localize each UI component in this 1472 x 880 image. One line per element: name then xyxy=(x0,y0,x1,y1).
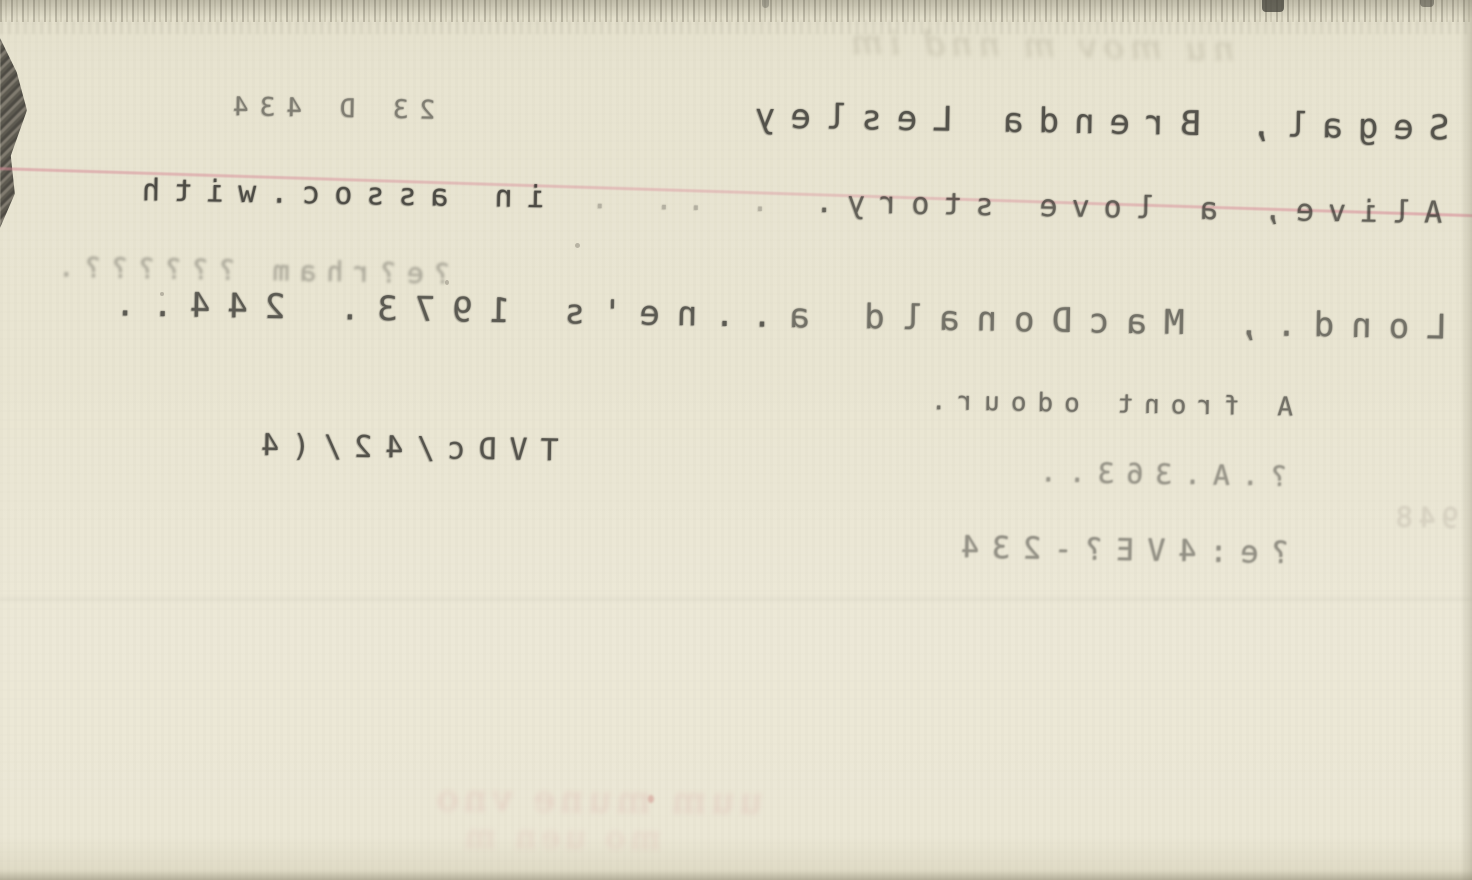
title-gap-text: . .. . xyxy=(544,180,801,219)
title-line-mirror: Alive, a love story. . .. . in assoc.wit… xyxy=(128,173,1443,231)
title-line: Alive, a love story. . .. . in assoc.wit… xyxy=(128,173,1443,231)
edge-mark xyxy=(1420,0,1434,7)
note-line: A front odour. xyxy=(920,386,1294,423)
paper-crease xyxy=(0,597,1472,601)
edge-fragment-text: 948 xyxy=(1390,500,1459,534)
heading-number-line: 23 D 434 xyxy=(222,92,436,126)
scanner-corner-artifact xyxy=(0,38,27,228)
scanner-top-edge-artifact xyxy=(0,0,1472,22)
pink-scribble-2-text: mo uen m xyxy=(460,817,661,857)
shelfmark-line: TVDc/42/(4 xyxy=(248,428,559,468)
edge-fragment-line: 948 xyxy=(1390,500,1459,534)
imprint-line: Lond., MacDonald a..ne's 1973. 244.. xyxy=(98,284,1447,348)
heading-name-line: Segal, Brenda Lesley xyxy=(740,96,1450,148)
catalog-card-verso: nu mov m nnd im 23 D 434 Segal, Brenda L… xyxy=(0,0,1472,880)
pencil-marks: nu mov m nnd im xyxy=(845,23,1235,70)
shelfmark-text: TVDc/42/(4 xyxy=(248,428,559,468)
credit-text: in assoc.with xyxy=(128,173,545,215)
heading-name-text: Segal, Brenda Lesley xyxy=(740,96,1450,148)
ink-speck xyxy=(575,243,580,248)
classmark-text: ?.A.363.. xyxy=(1028,455,1288,493)
right-edge-shade xyxy=(1460,0,1472,880)
imprint-year-pages-text: ..ne's 1973. 244.. xyxy=(98,284,773,336)
imprint-publisher-text: Lond., MacDonald a xyxy=(772,296,1447,348)
ink-speck xyxy=(160,292,164,296)
ink-speck xyxy=(445,280,449,285)
red-ink-speck xyxy=(648,795,654,803)
pink-scribble-1-text: uum mune vno xyxy=(432,779,763,823)
imprint-line-mirror: Lond., MacDonald a..ne's 1973. 244.. xyxy=(98,284,1447,348)
note-text: A front odour. xyxy=(920,386,1294,423)
bottom-fragment-line: ?e:4VE?-234 xyxy=(948,530,1290,571)
edge-mark xyxy=(1262,0,1284,12)
bottom-edge-shade xyxy=(0,870,1472,880)
pencil-marks-text: nu mov m nnd im xyxy=(845,23,1235,70)
heading-number-text: 23 D 434 xyxy=(222,92,436,126)
bottom-fragment-text: ?e:4VE?-234 xyxy=(948,530,1290,571)
pink-scribble-1: uum mune vno xyxy=(432,779,763,823)
pink-scribble-2: mo uen m xyxy=(460,817,661,857)
scanner-top-edge-fade xyxy=(0,20,1472,34)
title-text: Alive, a love story. xyxy=(801,185,1443,231)
edge-mark xyxy=(762,0,769,8)
classmark-line-faint: ?.A.363.. xyxy=(1028,455,1288,493)
